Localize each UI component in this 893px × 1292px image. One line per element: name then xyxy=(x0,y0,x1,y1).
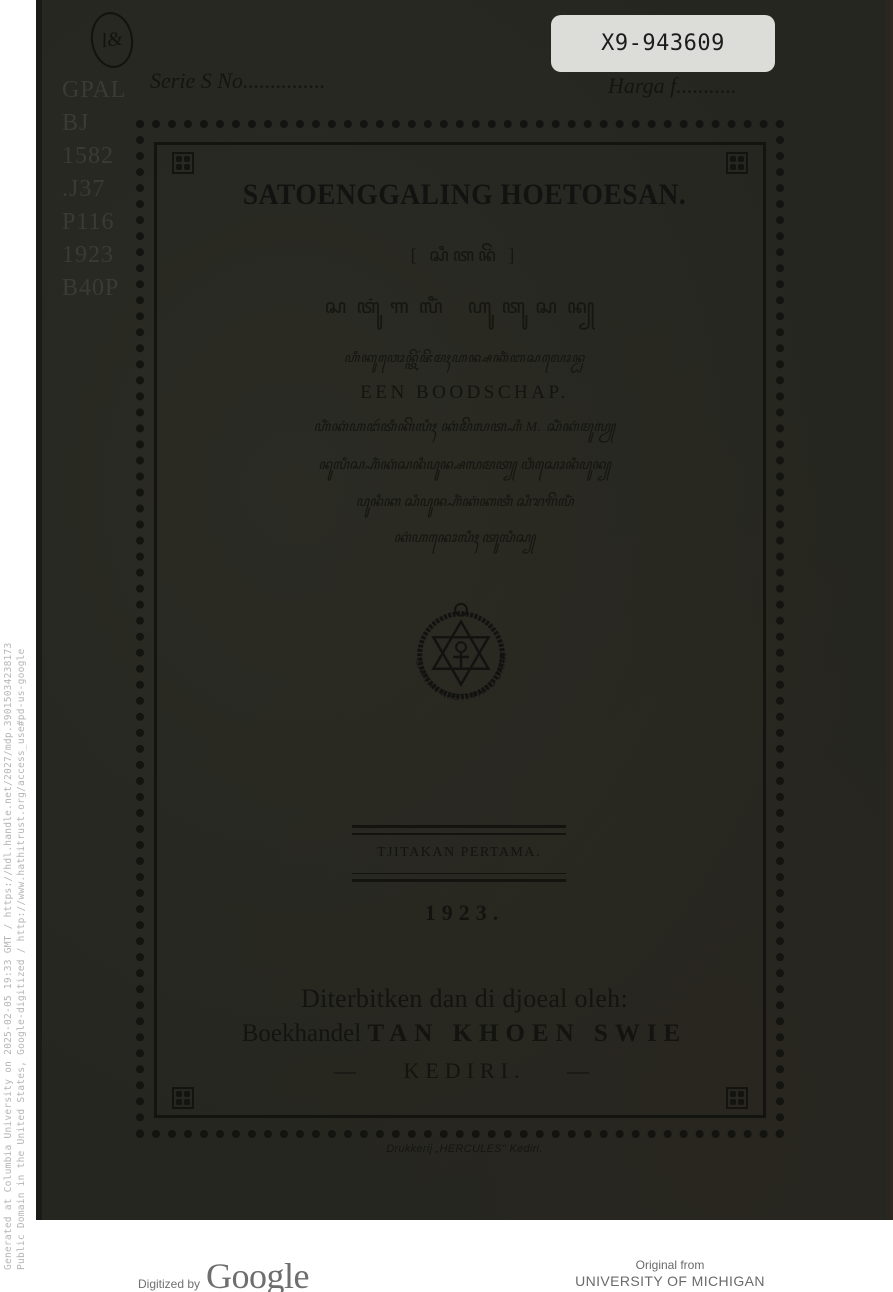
original-label: Original from xyxy=(560,1258,780,1272)
digitized-label: Digitized by xyxy=(138,1277,200,1291)
call-number-line: 1582 xyxy=(62,140,126,173)
javanese-script-line: ꦲꦶꦏꦸꦮꦺꦴꦤ꧀ꦠꦼꦂꦗꦼꦩꦃꦲꦤ꧀ꦱꦏꦶꦁꦧꦱꦭꦺꦴꦤ꧀ꦝ xyxy=(36,347,893,374)
javanese-script-line: ꦤꦸꦭꦶꦱ꧀ꦲꦶꦁꦏꦁꦱꦤꦶꦥꦸꦤ꧀ꦱꦭꦩꦠ꧀ ꦮꦶꦱꦺꦴꦤꦶꦥꦸꦤ꧀ xyxy=(36,453,893,482)
javanese-script-title: ꦱꦠꦸꦁꦒꦭꦶꦁ ꦲꦸꦠꦸꦱꦤ꧀ xyxy=(36,292,893,332)
edition-box: TJITAKAN PERTAMA. xyxy=(352,825,566,887)
call-number-line: GPAL xyxy=(62,74,126,107)
dash-right: — xyxy=(567,1058,595,1083)
publisher-name: Boekhandel TAN KHOEN SWIE xyxy=(36,1020,893,1048)
book-title: SATOENGGALING HOETOESAN. xyxy=(70,178,858,212)
harga-dots: ........... xyxy=(676,73,737,98)
city-name: KEDIRI. xyxy=(403,1058,525,1083)
corner-ornament-icon xyxy=(726,1087,748,1109)
hathitrust-watermark: Generated at Columbia University on 2025… xyxy=(2,643,28,1270)
library-barcode-label: X9-943609 xyxy=(551,15,775,72)
divider xyxy=(352,833,566,835)
corner-ornament-icon xyxy=(726,152,748,174)
harga-label: Harga f xyxy=(608,73,676,98)
publisher-firm: TAN KHOEN SWIE xyxy=(367,1020,687,1047)
watermark-line-1: Generated at Columbia University on 2025… xyxy=(2,643,15,1270)
publisher-intro: Diterbitken dan di djoeal oleh: xyxy=(36,984,893,1014)
publication-year: 1923. xyxy=(36,900,893,926)
watermark-line-2: Public Domain in the United States, Goog… xyxy=(15,643,28,1270)
google-logo: Google xyxy=(206,1255,309,1292)
serie-number-field: Serie S No............... xyxy=(150,68,325,94)
javanese-script-line: ꦲꦶꦁꦏꦁꦲꦔꦂꦠꦶꦏꦼꦭꦶꦃ ꦏꦁꦩꦼꦭꦠ꧀ꦲꦶ M. ꦱꦶꦁꦏꦁꦩꦸꦭꦾ xyxy=(36,415,893,444)
serie-dots: .............. xyxy=(248,68,325,93)
corner-ornament-icon xyxy=(172,1087,194,1109)
handwritten-circle-stamp: l& xyxy=(87,9,136,70)
price-field: Harga f........... xyxy=(608,73,737,99)
dutch-subtitle: EEN BOODSCHAP. xyxy=(36,382,893,404)
javanese-script-line: ꦥꦸꦤꦶꦏ ꦱꦶꦥꦸꦤ꧀ꦲꦶꦁꦏꦁꦏꦠꦶ ꦱꦶꦫꦒꦼꦭꦶꦁ xyxy=(36,490,893,519)
serie-label: Serie S No. xyxy=(150,68,248,93)
book-cover: l& GPAL BJ 1582 .J37 P116 1923 B40P Seri… xyxy=(36,0,893,1220)
original-source: Original from UNIVERSITY OF MICHIGAN xyxy=(560,1258,780,1290)
original-institution: UNIVERSITY OF MICHIGAN xyxy=(560,1272,780,1290)
edition-label: TJITAKAN PERTAMA. xyxy=(352,845,566,861)
javanese-script-line: [ ꦱꦶꦠꦤꦼꦁ ] xyxy=(36,242,893,278)
call-number-line: BJ xyxy=(62,107,126,140)
publisher-prefix: Boekhandel xyxy=(242,1020,361,1047)
divider xyxy=(352,879,566,882)
divider xyxy=(352,825,566,828)
javanese-script-line: ꦏꦁꦲꦤꦺꦴꦭꦶꦃ ꦠꦸꦭꦶꦱ꧀ xyxy=(36,526,893,555)
theosophical-seal-icon: SATYAN NASTI PARO DHARMAH xyxy=(402,596,520,714)
printer-credit: Drukkerij „HERCULES" Kediri. xyxy=(36,1143,893,1155)
divider xyxy=(352,873,566,875)
publisher-city: — KEDIRI. — xyxy=(36,1058,893,1084)
digitized-by-google: Digitized by Google xyxy=(138,1255,309,1292)
library-id: X9-943609 xyxy=(601,31,725,56)
stamp-mark: l& xyxy=(100,27,124,53)
corner-ornament-icon xyxy=(172,152,194,174)
dash-left: — xyxy=(334,1058,362,1083)
